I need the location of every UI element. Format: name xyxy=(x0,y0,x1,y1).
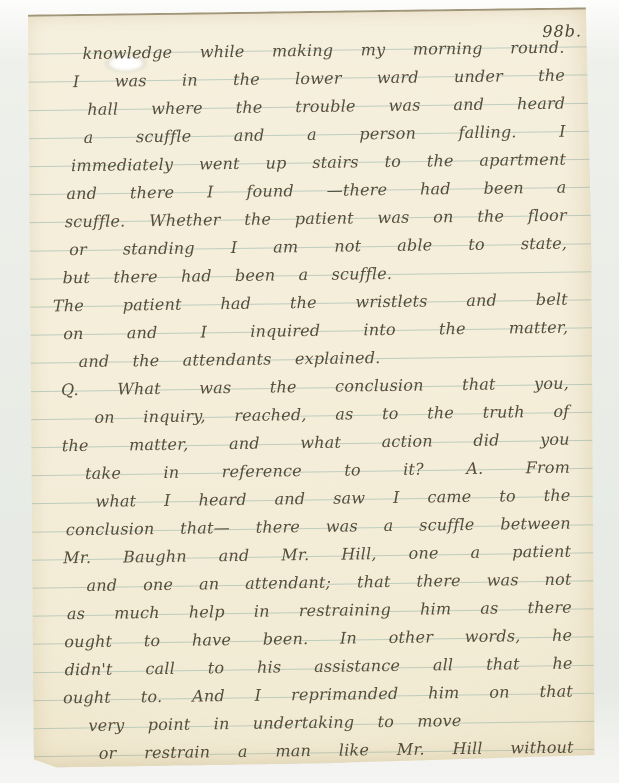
manuscript-page: 98b. knowledge while making my morning r… xyxy=(24,7,598,767)
manuscript-text: knowledge while making my morning round.… xyxy=(24,33,597,768)
manuscript-line: or restrain a man like Mr. Hill without xyxy=(99,734,574,768)
